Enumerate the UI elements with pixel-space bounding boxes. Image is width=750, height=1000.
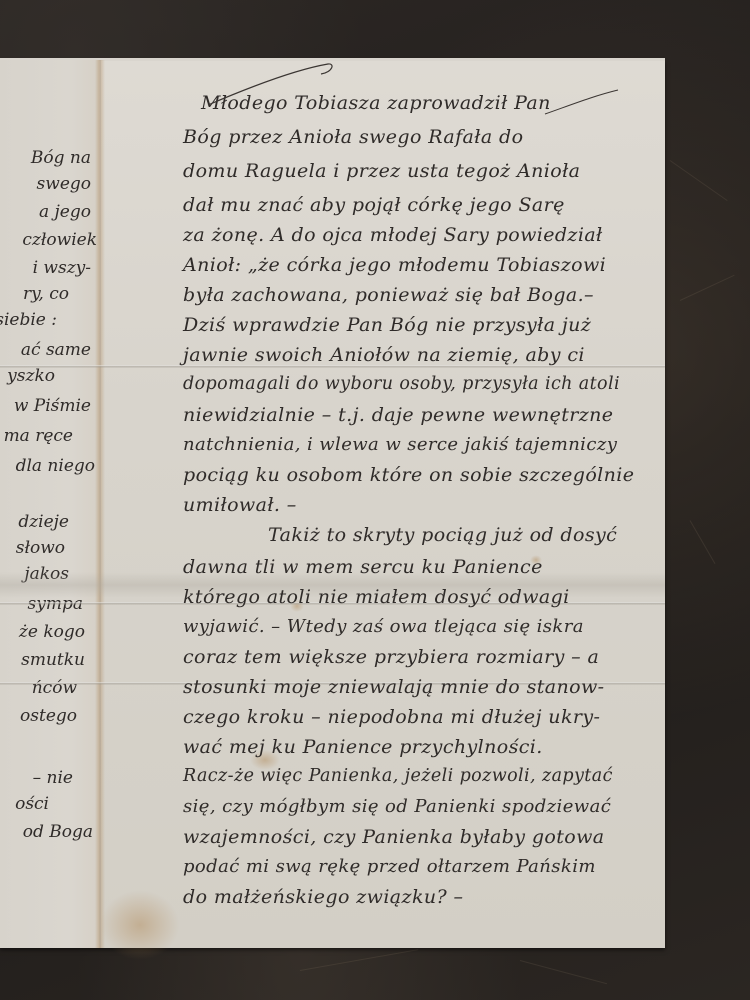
left-line: w Piśmie [14, 396, 91, 416]
letter-line: Anioł: „że córka jego młodemu Tobiaszowi [183, 254, 606, 276]
left-line: smutku [21, 650, 85, 670]
left-line: ma ręce [4, 426, 73, 446]
letter-line: natchnienia, i wlewa w serce jakiś tajem… [183, 434, 617, 455]
letter-line: za żonę. A do ojca młodej Sary powiedzia… [183, 224, 603, 246]
left-line: swego [37, 174, 91, 194]
letter-line: się, czy mógłbym się od Panienki spodzie… [183, 796, 611, 817]
left-page: Bóg na swego a jego człowiek i wszy- ry,… [0, 60, 99, 948]
letter-line: Racz-że więc Panienka, jeżeli pozwoli, z… [183, 766, 613, 786]
letter-line: dawna tli w mem sercu ku Panience [183, 556, 543, 578]
left-line: ostego [20, 706, 77, 726]
table-scratch [680, 275, 735, 301]
left-line: ńców [32, 678, 77, 698]
letter-line: Młodego Tobiasza zaprowadził Pan [201, 92, 551, 114]
left-line: od Boga [23, 822, 93, 842]
letter-line: jawnie swoich Aniołów na ziemię, aby ci [183, 344, 585, 366]
left-line: yszko [7, 366, 55, 386]
letter-line: Takiż to skryty pociąg już od dosyć [268, 524, 617, 546]
pen-flourish [543, 88, 623, 118]
letter-line: wać mej ku Panience przychylności. [183, 736, 543, 758]
left-line: słowo [16, 538, 65, 558]
letter-line: wzajemności, czy Panienka byłaby gotowa [183, 826, 605, 848]
table-scratch [670, 160, 728, 201]
letter-line: wyjawić. – Wtedy zaś owa tlejąca się isk… [183, 616, 584, 637]
letter-line: do małżeńskiego związku? – [183, 886, 463, 908]
letter-line: Dziś wprawdzie Pan Bóg nie przysyła już [183, 314, 591, 336]
left-line: a jego [39, 202, 91, 222]
right-page: Młodego Tobiasza zaprowadził Pan Bóg prz… [103, 60, 665, 948]
letter-line: dopomagali do wyboru osoby, przysyła ich… [183, 374, 620, 394]
left-line: i wszy- [33, 258, 91, 278]
letter-line: dał mu znać aby pojął córkę jego Sarę [183, 194, 565, 216]
left-line: dla niego [16, 456, 95, 476]
letter-line: pociąg ku osobom które on sobie szczegól… [183, 464, 634, 486]
letter-line: domu Raguela i przez usta tegoż Anioła [183, 160, 580, 182]
left-line: Bóg na [31, 148, 91, 168]
letter-line: podać mi swą rękę przed ołtarzem Pańskim [183, 856, 596, 877]
letter-line: coraz tem większe przybiera rozmiary – a [183, 646, 599, 668]
left-line: – nie [33, 768, 73, 788]
table-scratch [520, 960, 607, 984]
left-line: dzieje [18, 512, 69, 532]
table-scratch [300, 949, 418, 971]
letter-line: którego atoli nie miałem dosyć odwagi [183, 586, 570, 608]
letter-line: czego kroku – niepodobna mi dłużej ukry- [183, 706, 600, 728]
left-line: ry, co [23, 284, 69, 304]
letter-line: była zachowana, ponieważ się bał Boga.– [183, 284, 594, 306]
letter-line: Bóg przez Anioła swego Rafała do [183, 126, 523, 148]
letter-sheet: Bóg na swego a jego człowiek i wszy- ry,… [0, 60, 665, 948]
left-line: ości [15, 794, 49, 814]
left-line: siebie : [0, 310, 57, 330]
left-line: ać same [21, 340, 91, 360]
letter-line: niewidzialnie – t.j. daje pewne wewnętrz… [183, 404, 613, 426]
table-scratch [690, 520, 716, 564]
letter-line: umiłował. – [183, 494, 297, 516]
letter-line: stosunki moje zniewalają mnie do stanow- [183, 676, 604, 698]
left-line: że kogo [19, 622, 85, 642]
left-line: człowiek [22, 230, 97, 250]
